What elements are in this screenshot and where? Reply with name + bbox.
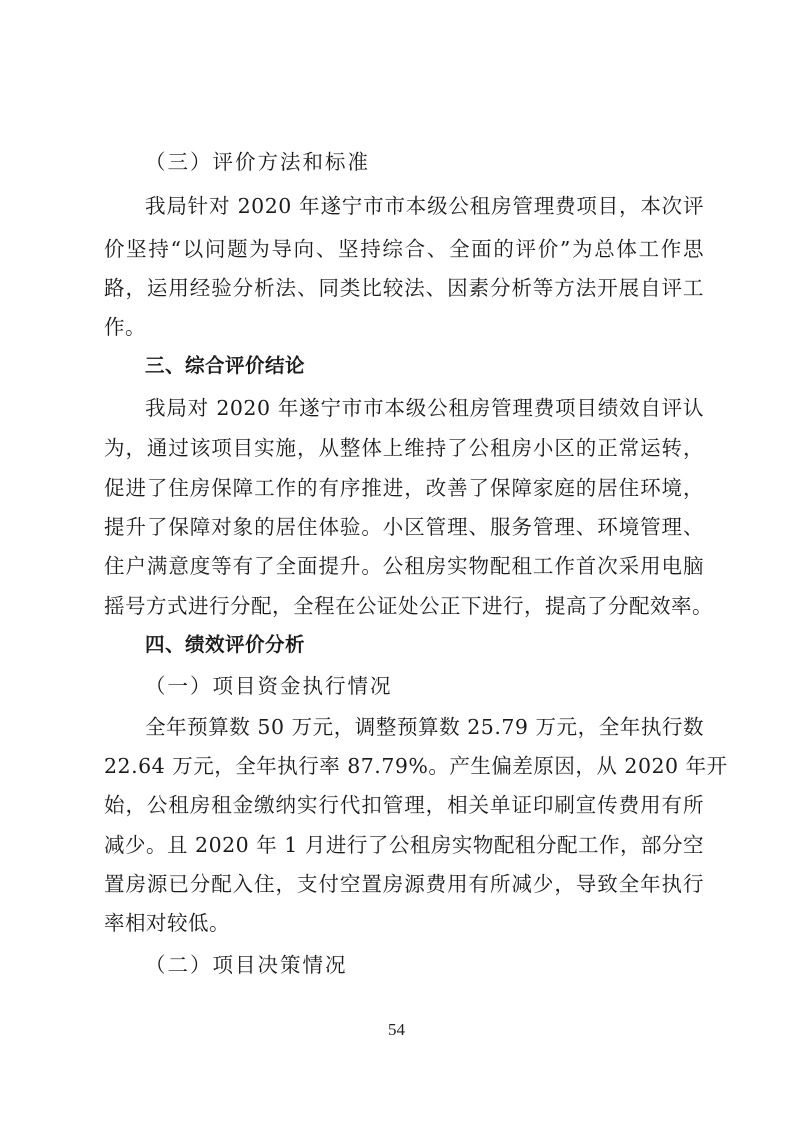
section-heading-decision: （二）项目决策情况	[145, 951, 348, 979]
paragraph-line: 为，通过该项目实施，从整体上维持了公租房小区的正常运转，	[104, 434, 704, 462]
paragraph-line: 价坚持“以问题为导向、坚持综合、全面的评价”为总体工作思	[104, 235, 704, 263]
section-heading-eval-method: （三）评价方法和标准	[145, 148, 370, 176]
paragraph-line: 作。	[104, 313, 704, 341]
paragraph-line: 路，运用经验分析法、同类比较法、因素分析等方法开展自评工	[104, 274, 704, 302]
paragraph-line: 住户满意度等有了全面提升。公租房实物配租工作首次采用电脑	[104, 552, 704, 580]
paragraph-line: 我局对 2020 年遂宁市市本级公租房管理费项目绩效自评认	[145, 394, 704, 422]
paragraph-line: 摇号方式进行分配，全程在公证处公正下进行，提高了分配效率。	[104, 592, 704, 620]
paragraph-line: 置房源已分配入住，支付空置房源费用有所减少，导致全年执行	[104, 870, 704, 898]
paragraph-line: 率相对较低。	[104, 909, 704, 937]
paragraph-line: 始，公租房租金缴纳实行代扣管理，相关单证印刷宣传费用有所	[104, 791, 704, 819]
document-page: （三）评价方法和标准 我局针对 2020 年遂宁市市本级公租房管理费项目，本次评…	[0, 0, 793, 1122]
page-number: 54	[0, 1020, 793, 1040]
paragraph-line: 提升了保障对象的居住体验。小区管理、服务管理、环境管理、	[104, 513, 704, 541]
paragraph-line: 我局针对 2020 年遂宁市市本级公租房管理费项目，本次评	[145, 192, 704, 220]
paragraph-line: 减少。且 2020 年 1 月进行了公租房实物配租分配工作，部分空	[104, 831, 704, 859]
paragraph-line: 22.64 万元，全年执行率 87.79%。产生偏差原因，从 2020 年开	[104, 752, 704, 780]
section-heading-performance-analysis: 四、绩效评价分析	[145, 631, 305, 659]
section-heading-fund-execution: （一）项目资金执行情况	[145, 672, 393, 700]
paragraph-line: 促进了住房保障工作的有序推进，改善了保障家庭的居住环境，	[104, 474, 704, 502]
section-heading-overall-conclusion: 三、综合评价结论	[145, 352, 305, 380]
paragraph-line: 全年预算数 50 万元，调整预算数 25.79 万元，全年执行数	[145, 713, 704, 741]
